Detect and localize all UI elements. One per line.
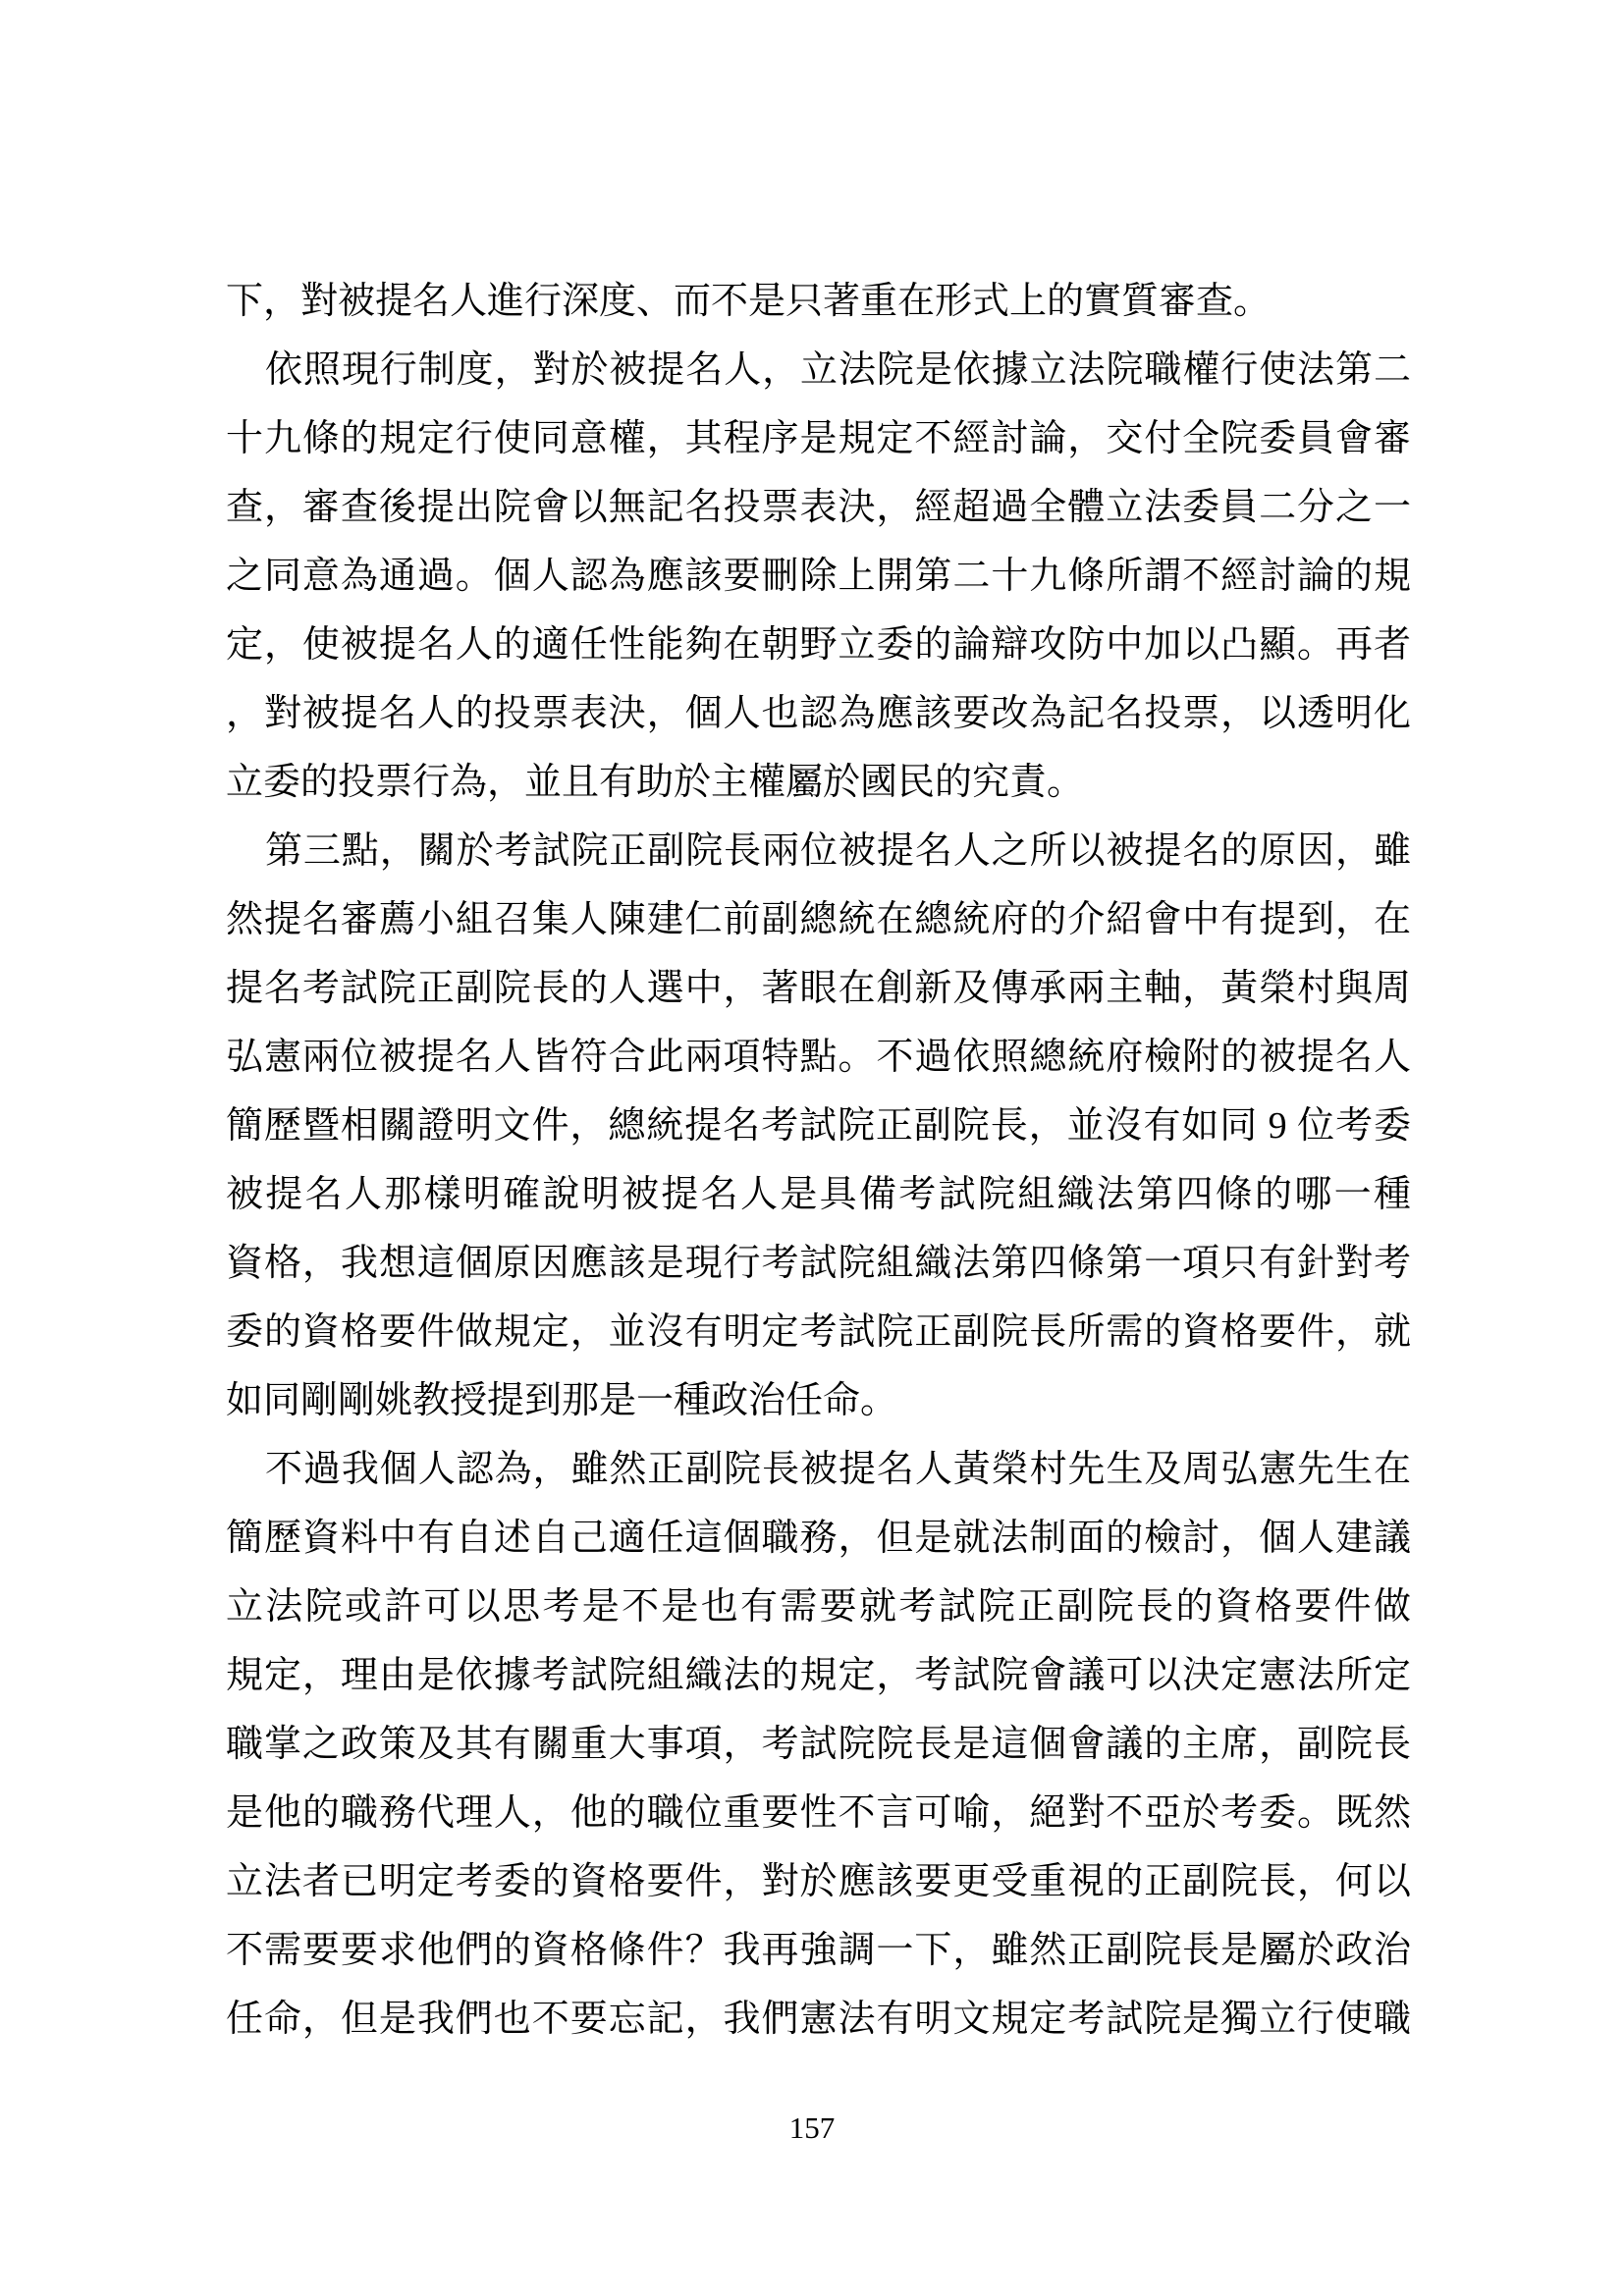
text-line: 十九條的規定行使同意權，其程序是規定不經討論，交付全院委員會審 bbox=[226, 404, 1411, 473]
text-line: 任命，但是我們也不要忘記，我們憲法有明文規定考試院是獨立行使職 bbox=[226, 1985, 1411, 2054]
text-line: 之同意為通過。個人認為應該要刪除上開第二十九條所謂不經討論的規 bbox=[226, 542, 1411, 611]
text-line: 如同剛剛姚教授提到那是一種政治任命。 bbox=[226, 1366, 1411, 1435]
text-line: 簡歷暨相關證明文件，總統提名考試院正副院長，並沒有如同 9 位考委 bbox=[226, 1092, 1411, 1160]
text-line: 弘憲兩位被提名人皆符合此兩項特點。不過依照總統府檢附的被提名人 bbox=[226, 1023, 1411, 1092]
text-line: 依照現行制度，對於被提名人，立法院是依據立法院職權行使法第二 bbox=[226, 336, 1411, 404]
text-line: 立法院或許可以思考是不是也有需要就考試院正副院長的資格要件做 bbox=[226, 1573, 1411, 1641]
text-line: 簡歷資料中有自述自己適任這個職務，但是就法制面的檢討，個人建議 bbox=[226, 1504, 1411, 1573]
page-number: 157 bbox=[0, 2110, 1624, 2146]
text-line: 資格，我想這個原因應該是現行考試院組織法第四條第一項只有針對考 bbox=[226, 1229, 1411, 1298]
text-line: 然提名審薦小組召集人陳建仁前副總統在總統府的介紹會中有提到，在 bbox=[226, 885, 1411, 954]
text-line: 立法者已明定考委的資格要件，對於應該要更受重視的正副院長，何以 bbox=[226, 1847, 1411, 1916]
text-line: 規定，理由是依據考試院組織法的規定，考試院會議可以決定憲法所定 bbox=[226, 1641, 1411, 1710]
text-line: 被提名人那樣明確說明被提名人是具備考試院組織法第四條的哪一種 bbox=[226, 1160, 1411, 1229]
text-line: 不過我個人認為，雖然正副院長被提名人黃榮村先生及周弘憲先生在 bbox=[226, 1435, 1411, 1504]
text-line: 委的資格要件做規定，並沒有明定考試院正副院長所需的資格要件，就 bbox=[226, 1298, 1411, 1366]
text-line: 是他的職務代理人，他的職位重要性不言可喻，絕對不亞於考委。既然 bbox=[226, 1779, 1411, 1847]
text-line: 查，審查後提出院會以無記名投票表決，經超過全體立法委員二分之一 bbox=[226, 473, 1411, 542]
text-line: ，對被提名人的投票表決，個人也認為應該要改為記名投票，以透明化 bbox=[226, 679, 1411, 748]
text-line: 第三點，關於考試院正副院長兩位被提名人之所以被提名的原因，雖 bbox=[226, 817, 1411, 885]
body-text: 下，對被提名人進行深度、而不是只著重在形式上的實質審查。依照現行制度，對於被提名… bbox=[226, 267, 1411, 2054]
text-line: 定，使被提名人的適任性能夠在朝野立委的論辯攻防中加以凸顯。再者 bbox=[226, 611, 1411, 679]
text-line: 提名考試院正副院長的人選中，著眼在創新及傳承兩主軸，黃榮村與周 bbox=[226, 954, 1411, 1023]
text-line: 下，對被提名人進行深度、而不是只著重在形式上的實質審查。 bbox=[226, 267, 1411, 336]
text-line: 不需要要求他們的資格條件？我再強調一下，雖然正副院長是屬於政治 bbox=[226, 1916, 1411, 1985]
document-page: 下，對被提名人進行深度、而不是只著重在形式上的實質審查。依照現行制度，對於被提名… bbox=[0, 0, 1624, 2296]
text-line: 立委的投票行為，並且有助於主權屬於國民的究責。 bbox=[226, 748, 1411, 817]
text-line: 職掌之政策及其有關重大事項，考試院院長是這個會議的主席，副院長 bbox=[226, 1710, 1411, 1779]
